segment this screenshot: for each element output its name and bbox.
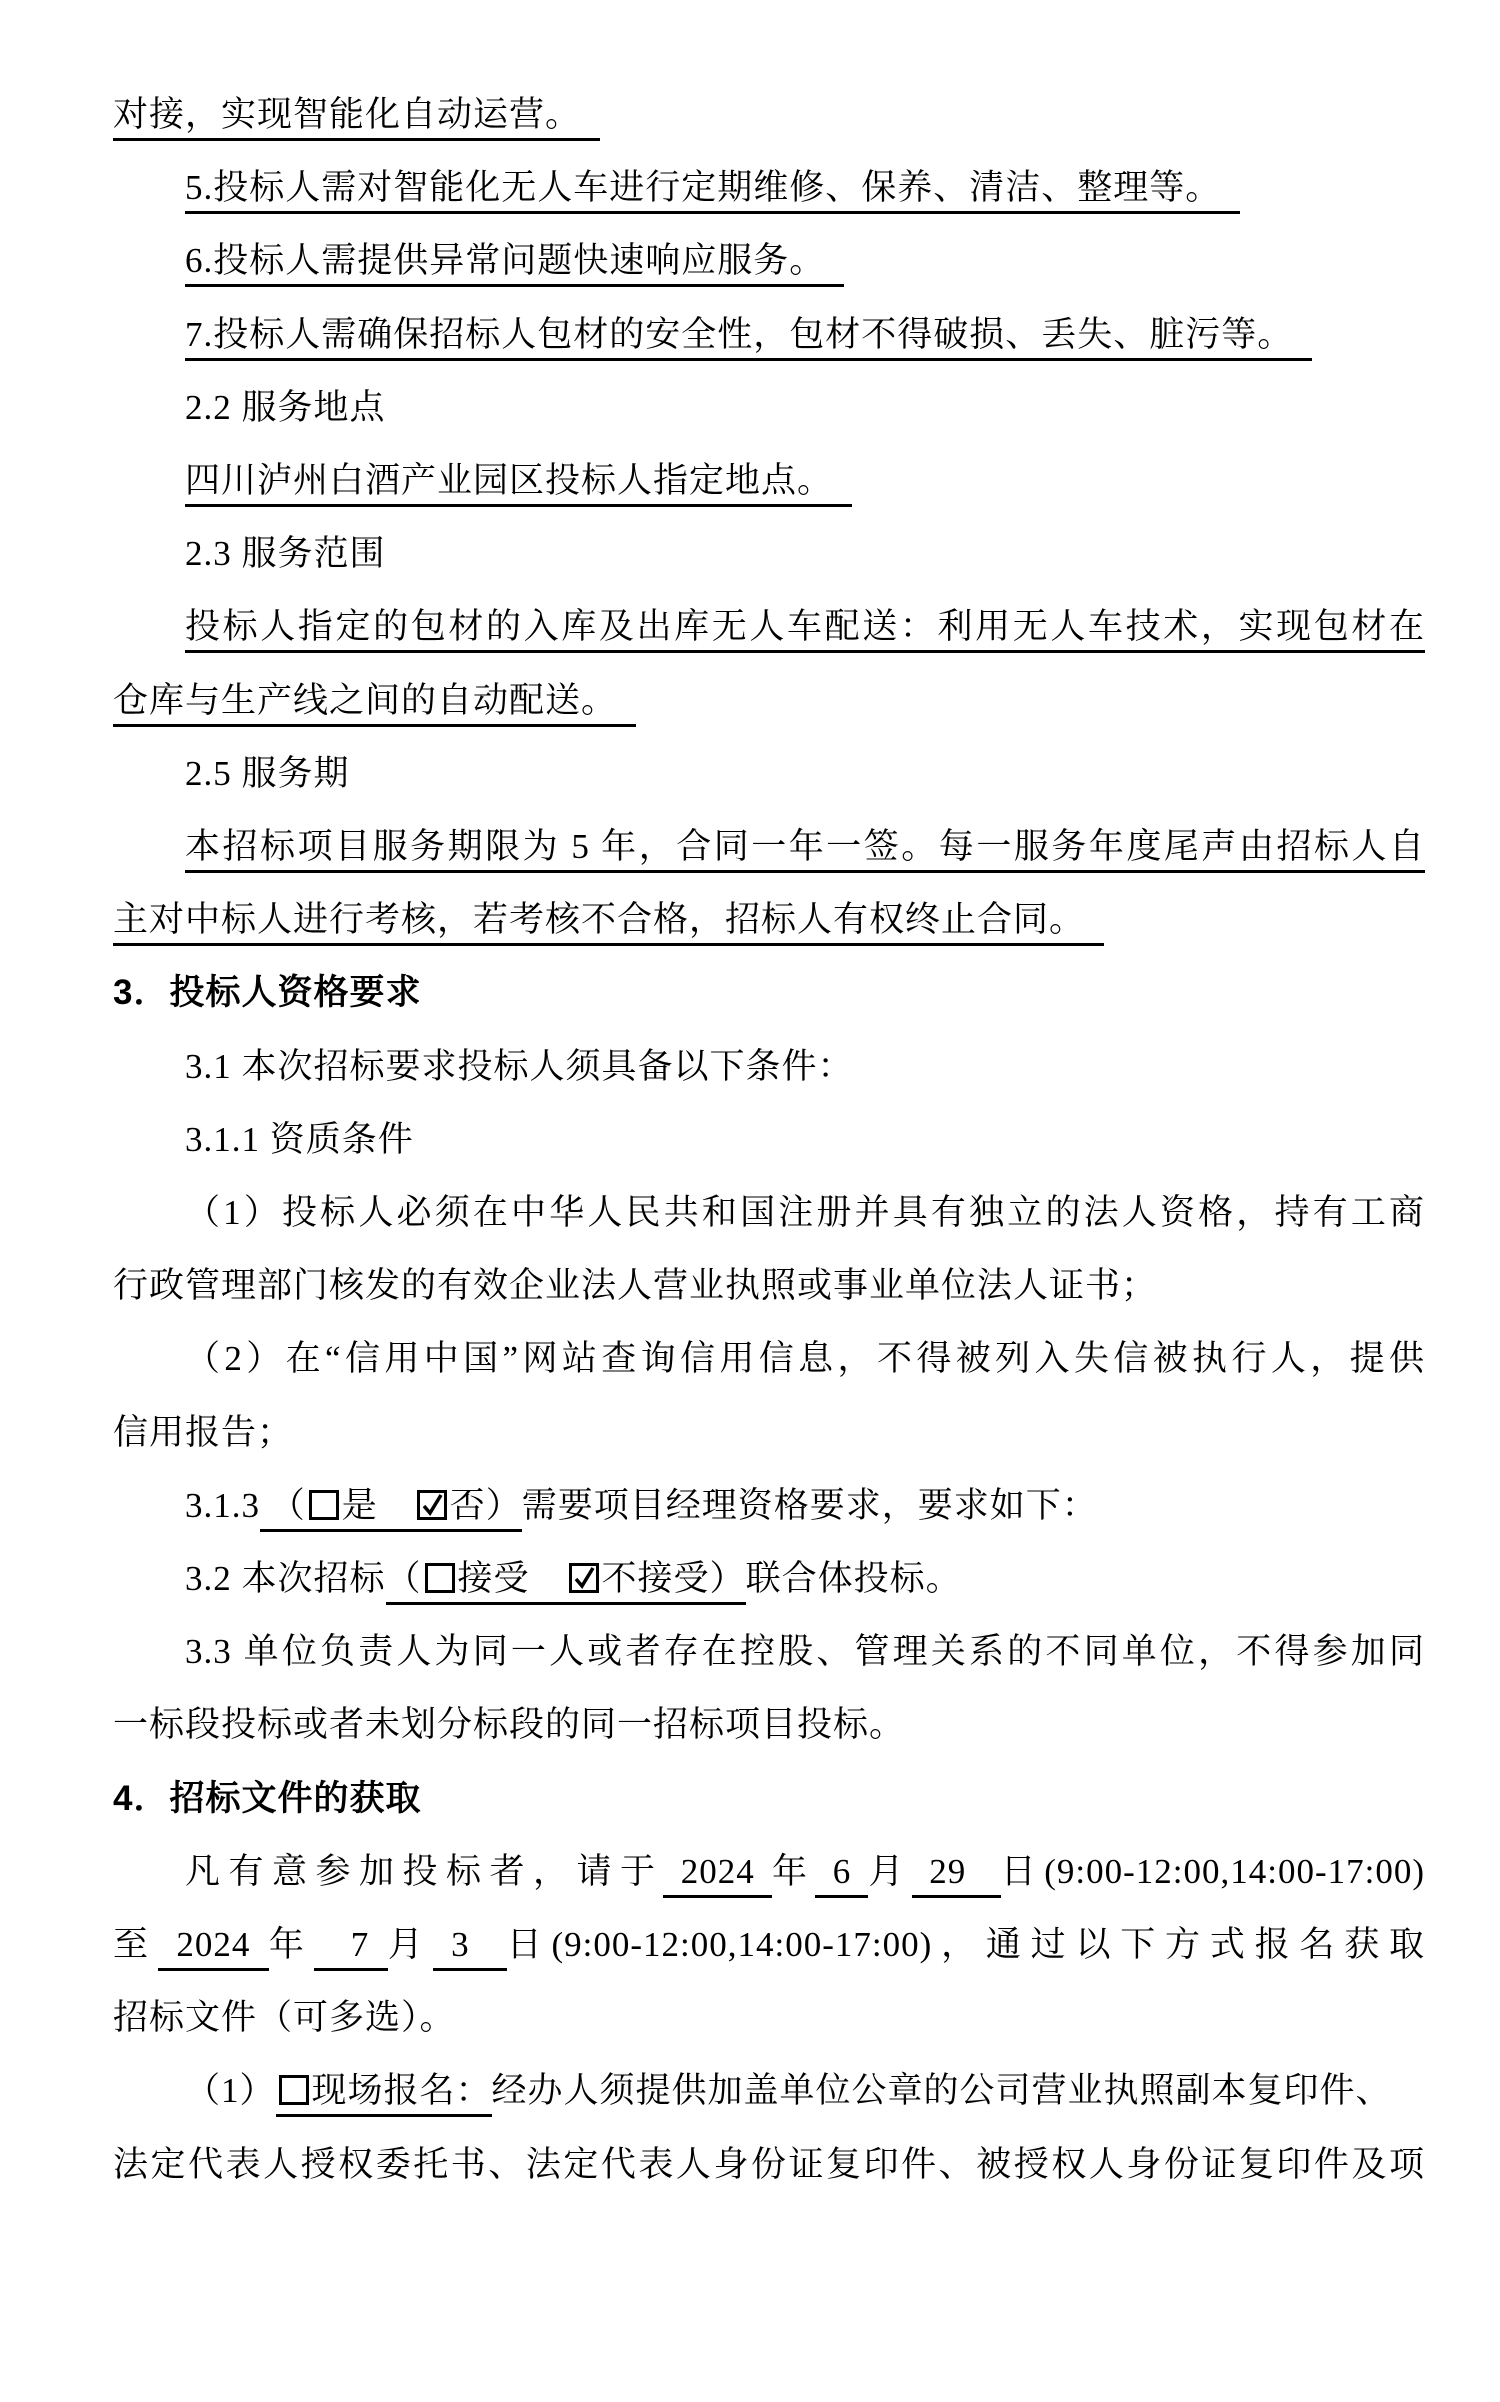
text-run: 3．投标人资格要求: [113, 973, 421, 1012]
text-run: 需要项目经理资格要求，要求如下：: [522, 1486, 1098, 1525]
checkbox-box: [279, 2075, 309, 2105]
document-line: 对接，实现智能化自动运营。: [113, 78, 1425, 151]
document-line: 2.2 服务地点: [113, 371, 1425, 444]
document-line: 招标文件（可多选）。: [113, 1981, 1425, 2054]
document-line: 3.1 本次招标要求投标人须具备以下条件：: [113, 1030, 1425, 1103]
section-heading-line: 4．招标文件的获取: [113, 1762, 1425, 1835]
text-run: （2）在“信用中国”网站查询信用信息，不得被列入失信被执行人，提供: [185, 1339, 1425, 1378]
text-run: 3.1 本次招标要求投标人须具备以下条件：: [185, 1047, 854, 1086]
text-run: 行政管理部门核发的有效企业法人营业执照或事业单位法人证书；: [113, 1266, 1157, 1305]
document-line: 3.1.1 资质条件: [113, 1103, 1425, 1176]
document-line: 本招标项目服务期限为 5 年，合同一年一签。每一服务年度尾声由招标人自: [113, 810, 1425, 883]
checkbox-checked-icon: [566, 1559, 602, 1605]
text-run: 法定代表人授权委托书、法定代表人身份证复印件、被授权人身份证复印件及项: [113, 2145, 1425, 2184]
underlined-text: 主对中标人进行考核，若考核不合格，招标人有权终止合同。: [113, 900, 1104, 946]
underlined-text: 否）: [450, 1486, 522, 1532]
text-run: 月: [868, 1852, 912, 1891]
text-run: 日(9:00-12:00,14:00-17:00)，通过以下方式报名获取: [507, 1925, 1425, 1964]
document-line: 3.3 单位负责人为同一人或者存在控股、管理关系的不同单位，不得参加同: [113, 1615, 1425, 1688]
document-line: 行政管理部门核发的有效企业法人营业执照或事业单位法人证书；: [113, 1249, 1425, 1322]
text-run: 至: [113, 1925, 158, 1964]
document-line: 凡有意参加投标者，请于 2024 年 6 月 29 日(9:00-12:00,1…: [113, 1835, 1425, 1908]
text-run: 月: [388, 1925, 433, 1964]
text-run: 招标文件（可多选）。: [113, 1998, 456, 2037]
document-line: 信用报告；: [113, 1396, 1425, 1469]
text-run: 2.5 服务期: [185, 754, 350, 793]
document-line: 法定代表人授权委托书、法定代表人身份证复印件、被授权人身份证复印件及项: [113, 2128, 1425, 2201]
checkbox-unchecked-icon: [306, 1486, 342, 1532]
underlined-text: 投标人指定的包材的入库及出库无人车配送：利用无人车技术，实现包材在: [185, 607, 1425, 653]
checkbox-unchecked-icon: [422, 1559, 458, 1605]
underlined-text: 现场报名：: [312, 2071, 492, 2117]
text-run: 3.3 单位负责人为同一人或者存在控股、管理关系的不同单位，不得参加同: [185, 1632, 1425, 1671]
text-run: 3.1.1 资质条件: [185, 1120, 414, 1159]
document-line: 一标段投标或者未划分标段的同一招标项目投标。: [113, 1688, 1425, 1761]
underlined-text: 2024: [663, 1852, 772, 1898]
underlined-text: 6: [815, 1852, 868, 1898]
text-run: 经办人须提供加盖单位公章的公司营业执照副本复印件、: [492, 2071, 1392, 2110]
document-line: 投标人指定的包材的入库及出库无人车配送：利用无人车技术，实现包材在: [113, 590, 1425, 663]
document-line: 5.投标人需对智能化无人车进行定期维修、保养、清洁、整理等。: [113, 151, 1425, 224]
document-page: 对接，实现智能化自动运营。 5.投标人需对智能化无人车进行定期维修、保养、清洁、…: [0, 0, 1500, 2402]
document-line: 3.2 本次招标（接受 不接受）联合体投标。: [113, 1542, 1425, 1615]
document-line: （1）投标人必须在中华人民共和国注册并具有独立的法人资格，持有工商: [113, 1176, 1425, 1249]
document-body: 对接，实现智能化自动运营。 5.投标人需对智能化无人车进行定期维修、保养、清洁、…: [113, 78, 1425, 2201]
document-line: 主对中标人进行考核，若考核不合格，招标人有权终止合同。: [113, 883, 1425, 956]
document-line: （2）在“信用中国”网站查询信用信息，不得被列入失信被执行人，提供: [113, 1322, 1425, 1395]
checkbox-box: [309, 1490, 339, 1520]
underlined-text: 四川泸州白酒产业园区投标人指定地点。: [185, 461, 852, 507]
checkbox-checked-icon: [414, 1486, 450, 1532]
text-run: 4．招标文件的获取: [113, 1779, 421, 1818]
underlined-text: 3: [433, 1925, 507, 1971]
text-run: 凡有意参加投标者，请于: [185, 1852, 663, 1891]
document-line: 四川泸州白酒产业园区投标人指定地点。: [113, 444, 1425, 517]
checkbox-unchecked-icon: [276, 2071, 312, 2117]
document-line: 至 2024 年 7 月 3 日(9:00-12:00,14:00-17:00)…: [113, 1908, 1425, 1981]
text-run: 年: [269, 1925, 314, 1964]
check-mark-icon: [420, 1493, 444, 1517]
underlined-text: （: [260, 1486, 306, 1532]
underlined-text: 5.投标人需对智能化无人车进行定期维修、保养、清洁、整理等。: [185, 168, 1240, 214]
text-run: 年: [772, 1852, 816, 1891]
document-line: 仓库与生产线之间的自动配送。: [113, 664, 1425, 737]
section-heading-line: 3．投标人资格要求: [113, 956, 1425, 1029]
text-run: 3.1.3: [185, 1486, 260, 1525]
underlined-text: 7: [314, 1925, 388, 1971]
document-line: （1）现场报名：经办人须提供加盖单位公章的公司营业执照副本复印件、: [113, 2054, 1425, 2127]
text-run: 2.3 服务范围: [185, 534, 386, 573]
underlined-text: 对接，实现智能化自动运营。: [113, 95, 600, 141]
document-line: 2.5 服务期: [113, 737, 1425, 810]
text-run: 3.2 本次招标: [185, 1559, 386, 1598]
document-line: 6.投标人需提供异常问题快速响应服务。: [113, 224, 1425, 297]
check-mark-icon: [572, 1566, 596, 1590]
text-run: 2.2 服务地点: [185, 388, 386, 427]
underlined-text: 7.投标人需确保招标人包材的安全性，包材不得破损、丢失、脏污等。: [185, 315, 1312, 361]
text-run: （1）: [185, 2071, 276, 2110]
document-line: 3.1.3 （是 否）需要项目经理资格要求，要求如下：: [113, 1469, 1425, 1542]
underlined-text: 仓库与生产线之间的自动配送。: [113, 681, 636, 727]
underlined-text: （: [386, 1559, 422, 1605]
checkbox-box: [569, 1563, 599, 1593]
underlined-text: 是: [342, 1486, 414, 1532]
underlined-text: 不接受）: [602, 1559, 746, 1605]
text-run: 联合体投标。: [746, 1559, 962, 1598]
underlined-text: 2024: [158, 1925, 269, 1971]
underlined-text: 6.投标人需提供异常问题快速响应服务。: [185, 241, 844, 287]
text-run: 信用报告；: [113, 1413, 293, 1452]
underlined-text: 本招标项目服务期限为 5 年，合同一年一签。每一服务年度尾声由招标人自: [185, 827, 1425, 873]
text-run: 日(9:00-12:00,14:00-17:00): [1001, 1852, 1425, 1891]
underlined-text: 接受: [458, 1559, 566, 1605]
text-run: （1）投标人必须在中华人民共和国注册并具有独立的法人资格，持有工商: [185, 1193, 1425, 1232]
underlined-text: 29: [912, 1852, 1001, 1898]
document-line: 2.3 服务范围: [113, 517, 1425, 590]
text-run: 一标段投标或者未划分标段的同一招标项目投标。: [113, 1705, 905, 1744]
document-line: 7.投标人需确保招标人包材的安全性，包材不得破损、丢失、脏污等。: [113, 298, 1425, 371]
checkbox-box: [425, 1563, 455, 1593]
checkbox-box: [417, 1490, 447, 1520]
